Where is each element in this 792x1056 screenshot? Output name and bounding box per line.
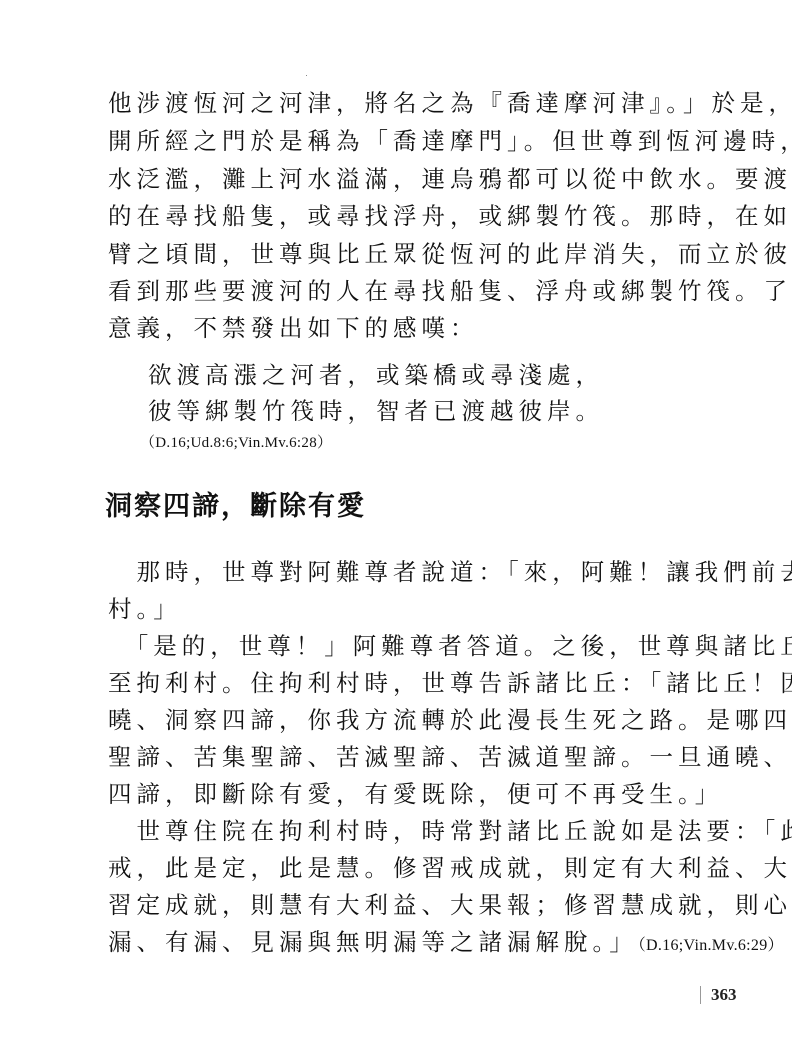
text-line: 他涉渡恆河之河津，將名之為『喬達摩河津』。」於是，世尊離: [108, 88, 728, 118]
text-line: 水泛濫，灘上河水溢滿，連烏鴉都可以從中飲水。要渡河的人有: [108, 164, 728, 194]
text-line: 看到那些要渡河的人在尋找船隻、浮舟或綁製竹筏。了知其中的: [108, 276, 728, 306]
text-line: 那時，世尊對阿難尊者說道：「來，阿難！讓我們前去拘利: [108, 557, 728, 587]
scan-speck: [306, 75, 307, 76]
section-heading: 洞察四諦，斷除有愛: [105, 484, 366, 523]
book-page: 他涉渡恆河之河津，將名之為『喬達摩河津』。」於是，世尊離 開所經之門於是稱為「喬…: [0, 0, 792, 1056]
text-line: 「是的，世尊！」阿難尊者答道。之後，世尊與諸比丘同行: [108, 631, 728, 661]
verse-line: 彼等綁製竹筏時，智者已渡越彼岸。: [148, 396, 768, 426]
text-line: 意義，不禁發出如下的感嘆：: [108, 313, 728, 343]
text-line: 戒，此是定，此是慧。修習戒成就，則定有大利益、大果報；修: [108, 853, 728, 883]
text-line: 村。」: [108, 594, 728, 624]
verse-citation: （D.16;Ud.8:6;Vin.Mv.6:28）: [140, 431, 332, 452]
text-line: 習定成就，則慧有大利益、大果報；修習慧成就，則心完全由欲: [108, 890, 728, 920]
page-number-divider: [700, 986, 701, 1004]
text-line: 聖諦、苦集聖諦、苦滅聖諦、苦滅道聖諦。一旦通曉、洞察以上: [108, 742, 728, 772]
text-line-with-citation: 漏、有漏、見漏與無明漏等之諸漏解脫。」（D.16;Vin.Mv.6:29）: [108, 927, 728, 961]
verse-line: 欲渡高漲之河者，或築橋或尋淺處，: [148, 360, 768, 390]
text-line: 臂之頃間，世尊與比丘眾從恆河的此岸消失，而立於彼岸。世尊: [108, 239, 728, 269]
page-number: 363: [711, 985, 737, 1005]
text-line: 四諦，即斷除有愛，有愛既除，便可不再受生。」: [108, 779, 728, 809]
text-line: 世尊住院在拘利村時，時常對諸比丘說如是法要：「此是: [108, 816, 728, 846]
paragraph-citation: （D.16;Vin.Mv.6:29）: [638, 937, 784, 954]
text-line: 曉、洞察四諦，你我方流轉於此漫長生死之路。是哪四諦？為苦: [108, 705, 728, 735]
page-footer: 363: [700, 985, 737, 1005]
text-line: 開所經之門於是稱為「喬達摩門」。但世尊到恆河邊時，正逢河: [108, 126, 728, 156]
text-line: 漏、有漏、見漏與無明漏等之諸漏解脫。」: [108, 928, 638, 956]
text-line: 至拘利村。住拘利村時，世尊告訴諸比丘：「諸比丘！因未通: [108, 668, 728, 698]
text-line: 的在尋找船隻，或尋找浮舟，或綁製竹筏。那時，在如力士屈伸: [108, 201, 728, 231]
